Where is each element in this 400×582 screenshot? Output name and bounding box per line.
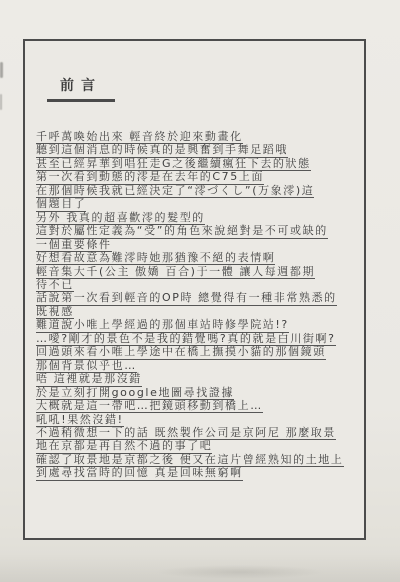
text-line: 話說第一次看到輕音的OP時 總覺得有一種非常熟悉的 bbox=[36, 292, 358, 305]
scanned-page: 前言 千呼萬喚始出來 輕音終於迎來動畫化聽到這個消息的時候真的是興奮到手舞足蹈哦… bbox=[0, 0, 400, 582]
text-line: 個題目了 bbox=[36, 198, 358, 211]
scan-artifact-left-top bbox=[0, 62, 3, 78]
page-title: 前言 bbox=[47, 75, 115, 102]
page-border-frame: 前言 千呼萬喚始出來 輕音終於迎來動畫化聽到這個消息的時候真的是興奮到手舞足蹈哦… bbox=[23, 39, 366, 540]
text-line: 第一次看到動態的澪是在去年的C75上面 bbox=[36, 171, 358, 184]
text-line: 難道說小唯上學經過的那個車站時修學院站!? bbox=[36, 319, 358, 332]
text-line: 大概就是這一帶吧…把鏡頭移動到橋上… bbox=[36, 400, 358, 413]
text-line: 吼吼!果然沒錯! bbox=[36, 414, 358, 427]
text-line: 回過頭來看小唯上學途中在橋上撫摸小貓的那個鏡頭 bbox=[36, 346, 358, 359]
preface-text: 千呼萬喚始出來 輕音終於迎來動畫化聽到這個消息的時候真的是興奮到手舞足蹈哦甚至已… bbox=[36, 131, 358, 481]
text-line: 唔 這裡就是那沒錯 bbox=[36, 373, 358, 386]
text-line: 地在京都是再自然不過的事了吧 bbox=[36, 440, 358, 453]
text-line: 輕音集大千(公主 傲嬌 百合)于一體 讓人每週都期 bbox=[36, 266, 358, 279]
text-line: 聽到這個消息的時候真的是興奮到手舞足蹈哦 bbox=[36, 144, 358, 157]
text-line: 在那個時候我就已經決定了“澪づくし”(万象澪)這 bbox=[36, 185, 358, 198]
scan-artifact-left-bottom bbox=[0, 94, 2, 110]
text-line: 到處尋找當時的回憶 真是回味無窮啊 bbox=[36, 467, 358, 480]
text-line: 這對於屬性定義為“受”的角色來說絕對是不可或缺的 bbox=[36, 225, 358, 238]
text-line: 好想看故意為難澪時她那猶豫不絕的表情啊 bbox=[36, 252, 358, 265]
scan-shadow-bottom bbox=[0, 554, 400, 582]
text-line: 於是立刻打開google地圖尋找證據 bbox=[36, 387, 358, 400]
